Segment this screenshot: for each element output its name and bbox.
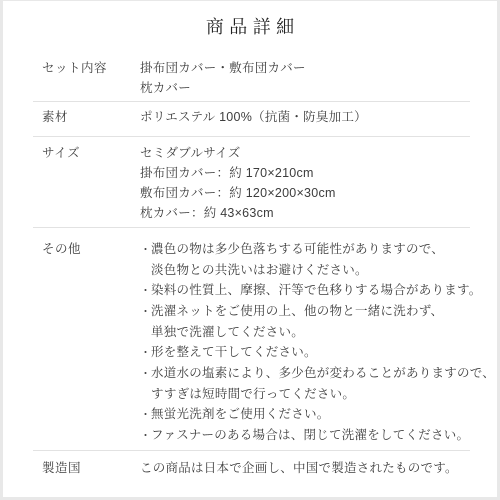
bullet-icon: ・ [140,240,151,260]
value-line: セミダブルサイズ [140,143,470,163]
value-line: 枕カバー [140,78,470,98]
row-label: セット内容 [33,58,140,78]
value-line: ポリエステル 100%（抗菌・防臭加工） [140,107,470,127]
care-note-line: 淡色物との共洗いはお避けください。 [140,260,470,280]
care-note-text: 染料の性質上、摩擦、汗等で色移りする場合があります。 [151,283,482,297]
table-row-country-of-origin: 製造国 この商品は日本で企画し、中国で製造されたものです。 [33,450,470,486]
row-value: ポリエステル 100%（抗菌・防臭加工） [140,107,470,127]
care-note-text: ファスナーのある場合は、閉じて洗濯をしてください。 [151,428,469,442]
care-note-text: すすぎは短時間で行ってください。 [151,387,355,401]
care-note-text: 淡色物との共洗いはお避けください。 [151,263,368,277]
value-line: この商品は日本で企画し、中国で製造されたものです。 [140,458,470,478]
row-value: セミダブルサイズ 掛布団カバー：約 170×210cm 敷布団カバー：約 120… [140,143,470,223]
care-note-text: 無蛍光洗剤をご使用ください。 [151,407,330,421]
care-note-line: ・染料の性質上、摩擦、汗等で色移りする場合があります。 [140,280,470,301]
care-note-line: ・濃色の物は多少色落ちする可能性がありますので、 [140,239,470,260]
bullet-icon: ・ [140,281,151,301]
care-note-line: ・水道水の塩素により、多少色が変わることがありますので、 [140,363,470,384]
care-note-text: 単独で洗濯してください。 [151,325,304,339]
spec-table: セット内容 掛布団カバー・敷布団カバー 枕カバー 素材 ポリエステル 100%（… [33,48,470,486]
care-note-text: 濃色の物は多少色落ちする可能性がありますので、 [151,242,444,256]
page-title: 商品詳細 [3,1,497,40]
table-row-other-notes: その他 ・濃色の物は多少色落ちする可能性がありますので、 淡色物との共洗いはお避… [33,227,470,450]
care-note-text: 形を整えて干してください。 [151,345,317,359]
table-row-set-contents: セット内容 掛布団カバー・敷布団カバー 枕カバー [33,48,470,101]
table-row-material: 素材 ポリエステル 100%（抗菌・防臭加工） [33,101,470,136]
care-note-line: ・形を整えて干してください。 [140,342,470,363]
care-note-line: ・洗濯ネットをご使用の上、他の物と一緒に洗わず、 [140,301,470,322]
row-value: この商品は日本で企画し、中国で製造されたものです。 [140,458,470,478]
bullet-icon: ・ [140,302,151,322]
bullet-icon: ・ [140,343,151,363]
value-line: 掛布団カバー・敷布団カバー [140,58,470,78]
value-line: 掛布団カバー：約 170×210cm [140,163,470,183]
care-note-line: ・ファスナーのある場合は、閉じて洗濯をしてください。 [140,425,470,446]
bullet-icon: ・ [140,405,151,425]
row-value: ・濃色の物は多少色落ちする可能性がありますので、 淡色物との共洗いはお避けくださ… [140,239,470,446]
value-line: 敷布団カバー：約 120×200×30cm [140,183,470,203]
row-label: サイズ [33,143,140,163]
care-note-text: 水道水の塩素により、多少色が変わることがありますので、 [151,366,495,380]
row-label: 製造国 [33,458,140,478]
row-label: 素材 [33,107,140,127]
value-line: 枕カバー：約 43×63cm [140,203,470,223]
row-label: その他 [33,239,140,259]
bullet-icon: ・ [140,426,151,446]
table-row-size: サイズ セミダブルサイズ 掛布団カバー：約 170×210cm 敷布団カバー：約… [33,136,470,227]
bullet-icon: ・ [140,364,151,384]
care-note-line: ・無蛍光洗剤をご使用ください。 [140,404,470,425]
care-note-text: 洗濯ネットをご使用の上、他の物と一緒に洗わず、 [151,304,443,318]
care-note-line: 単独で洗濯してください。 [140,322,470,342]
product-detail-panel: 商品詳細 セット内容 掛布団カバー・敷布団カバー 枕カバー 素材 ポリエステル … [3,1,497,497]
row-value: 掛布団カバー・敷布団カバー 枕カバー [140,58,470,98]
care-note-line: すすぎは短時間で行ってください。 [140,384,470,404]
